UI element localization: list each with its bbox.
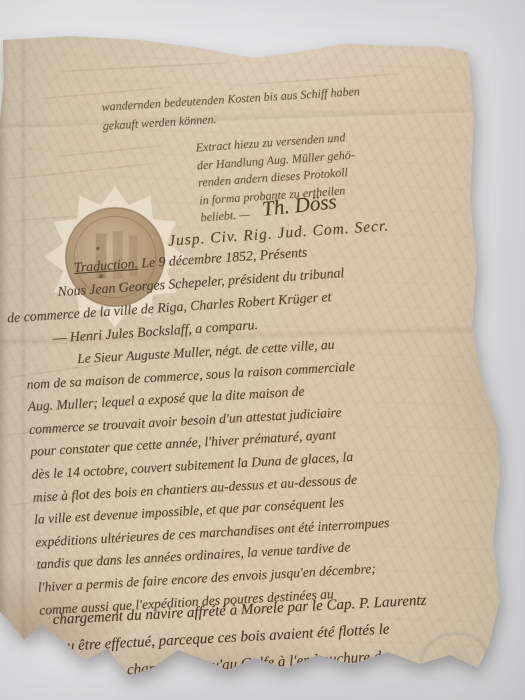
photo-background: wandernden bedeutenden Kosten bis aus Sc… xyxy=(0,0,525,700)
traduction-heading: Traduction. xyxy=(74,256,139,275)
german-annotation-block: wandernden bedeutenden Kosten bis aus Sc… xyxy=(101,82,361,136)
bleedthrough-mark xyxy=(8,162,157,180)
traduction-block: Traduction. Le 9 décembre 1852, Présents… xyxy=(73,238,348,348)
paper-shadow: wandernden bedeutenden Kosten bis aus Sc… xyxy=(0,0,525,700)
bleedthrough-mark xyxy=(55,144,165,157)
document-paper: wandernden bedeutenden Kosten bis aus Sc… xyxy=(0,0,525,700)
bleedthrough-mark xyxy=(60,62,230,73)
seal-speck xyxy=(96,247,99,250)
body-paragraph: Le Sieur Auguste Muller, négt. de cette … xyxy=(25,331,394,621)
